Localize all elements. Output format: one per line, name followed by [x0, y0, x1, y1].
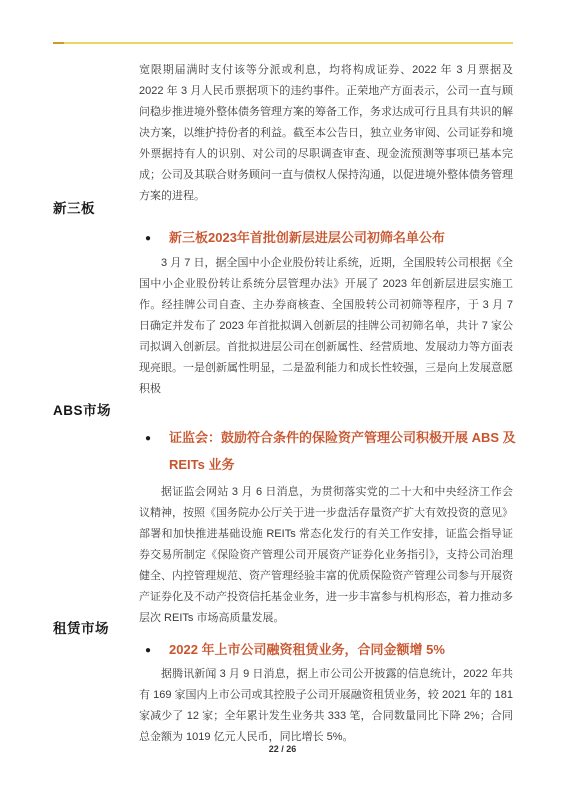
- bullet-icon: ●: [145, 425, 151, 452]
- rule-main-segment: [64, 42, 513, 44]
- headline-text: 2022 年上市公司融资租赁业务，合同金额增 5%: [169, 642, 445, 657]
- header-divider-rule: [53, 42, 513, 44]
- bullet-icon: ●: [145, 225, 151, 252]
- section-title-leasing-market: 租赁市场: [53, 617, 109, 637]
- news-headline: ● 新三板2023年首批创新层进层公司初筛名单公布: [139, 224, 521, 251]
- headline-text: 新三板2023年首批创新层进层公司初筛名单公布: [169, 230, 445, 245]
- rule-accent-segment: [53, 42, 64, 44]
- news-headline: ● 2022 年上市公司融资租赁业务，合同金额增 5%: [139, 636, 521, 663]
- section-body-paragraph: 3 月 7 日，据全国中小企业股份转让系统，近期，全国股转公司根据《全国中小企业…: [139, 253, 513, 400]
- page-number: 22 / 26: [0, 744, 565, 754]
- section-body-paragraph: 据腾讯新闻 3 月 9 日消息，据上市公司公开披露的信息统计，2022 年共有 …: [139, 664, 513, 748]
- news-headline: ● 证监会：鼓励符合条件的保险资产管理公司积极开展 ABS 及 REITs 业务: [139, 424, 521, 478]
- section-body-paragraph: 据证监会网站 3 月 6 日消息，为贯彻落实党的二十大和中央经济工作会议精神，按…: [139, 482, 513, 629]
- intro-paragraph: 宽限期届满时支付该等分派或利息，均将构成证券、2022 年 3 月票据及 202…: [139, 60, 513, 207]
- section-title-abs-market: ABS市场: [53, 399, 111, 419]
- bullet-icon: ●: [145, 637, 151, 664]
- document-page: 宽限期届满时支付该等分派或利息，均将构成证券、2022 年 3 月票据及 202…: [0, 0, 565, 800]
- section-title-xinsanban: 新三板: [53, 197, 95, 217]
- headline-text: 证监会：鼓励符合条件的保险资产管理公司积极开展 ABS 及 REITs 业务: [169, 430, 516, 472]
